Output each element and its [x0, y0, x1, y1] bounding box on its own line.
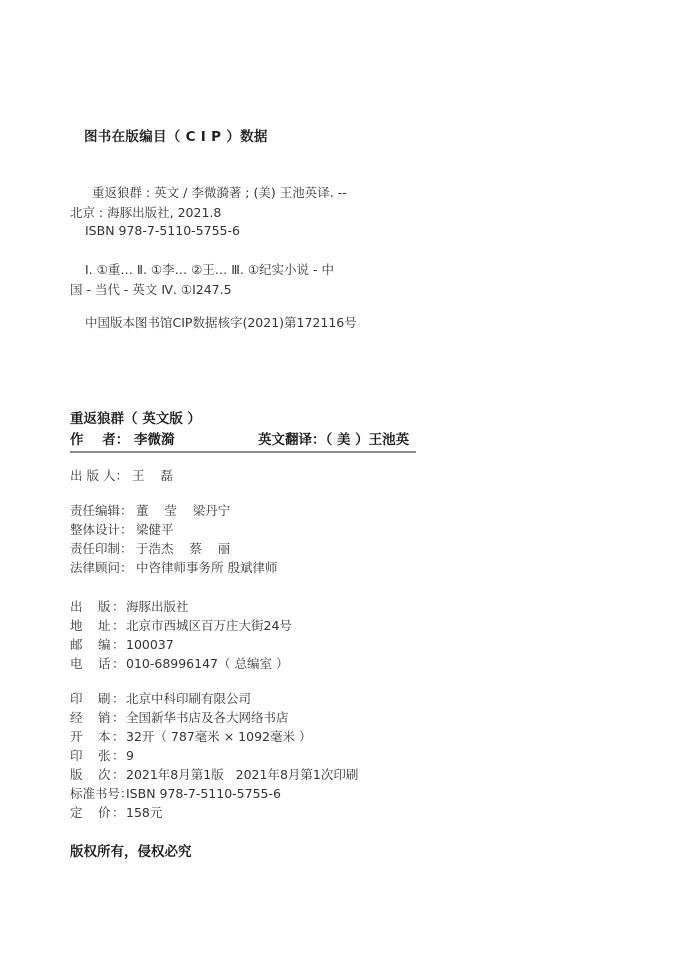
press-row: 地址：北京市西城区百万庄大街24号 [70, 616, 292, 634]
label-char: 价 [98, 803, 112, 821]
staff-value: 董 莹 梁丹宁 [136, 503, 230, 518]
cip-line: 国 - 当代 - 英文 Ⅳ. ①I247.5 [70, 280, 232, 298]
print-value: 全国新华书店及各大网络书店 [126, 710, 289, 725]
label-char: 次 [98, 765, 112, 783]
divider-rule [70, 451, 416, 453]
press-value: 010-68996147（ 总编室 ） [126, 656, 288, 671]
staff-label: 责任印制： [70, 539, 136, 557]
staff-row: 整体设计：梁健平 [70, 520, 174, 538]
colon: ： [112, 803, 126, 821]
label-char: 印 [70, 689, 98, 707]
colon: ： [112, 654, 126, 672]
cip-line: ISBN 978-7-5110-5755-6 [85, 223, 240, 238]
press-value: 100037 [126, 637, 174, 652]
label-char: 电 [70, 654, 98, 672]
label-char: 版 [98, 597, 112, 615]
author-row: 作 者： 李微漪 英文翻译：（ 美 ）王池英 [70, 428, 416, 448]
translator-label: 英文翻译： [258, 432, 326, 448]
press-row: 出版：海豚出版社 [70, 597, 189, 615]
press-row: 电话：010-68996147（ 总编室 ） [70, 654, 288, 672]
translator-name: （ 美 ）王池英 [326, 432, 410, 448]
book-title: 重返狼群（ 英文版 ） [70, 407, 201, 427]
label-char: 销 [98, 708, 112, 726]
label-char: 编 [98, 635, 112, 653]
cip-heading: 图书在版编目（ C I P ）数据 [84, 125, 268, 145]
label-char: 刷 [98, 689, 112, 707]
print-row: 印张：9 [70, 746, 134, 764]
author-name: 李微漪 [134, 432, 175, 448]
staff-row: 法律顾问：中咨律师事务所 殷斌律师 [70, 558, 277, 576]
label-char: 印 [70, 746, 98, 764]
publisher-value: 王 磊 [132, 468, 173, 483]
press-value: 北京市西城区百万庄大街24号 [126, 618, 292, 633]
label-char: 本 [98, 727, 112, 745]
label-char: 话 [98, 654, 112, 672]
isbn-value: ISBN 978-7-5110-5755-6 [126, 786, 281, 801]
print-row: 经销：全国新华书店及各大网络书店 [70, 708, 289, 726]
label-char: 出 [70, 597, 98, 615]
label-char: 邮 [70, 635, 98, 653]
publisher-label: 出 版 人： [70, 468, 128, 483]
print-value: 9 [126, 748, 134, 763]
isbn-row: 标准书号：ISBN 978-7-5110-5755-6 [70, 784, 281, 802]
press-row: 邮编：100037 [70, 635, 174, 653]
publisher-row: 出 版 人： 王 磊 [70, 466, 173, 484]
colon: ： [112, 727, 126, 745]
cip-line: 中国版本图书馆CIP数据核字(2021)第172116号 [85, 313, 357, 331]
colon: ： [112, 765, 126, 783]
cip-line: Ⅰ. ①重… Ⅱ. ①李… ②王… Ⅲ. ①纪实小说 - 中 [85, 260, 334, 278]
author-label: 作 者： [70, 432, 129, 448]
press-value: 海豚出版社 [126, 599, 189, 614]
translator: 英文翻译：（ 美 ）王池英 [258, 428, 409, 448]
colon: ： [112, 597, 126, 615]
print-row: 版次：2021年8月第1版 2021年8月第1次印刷 [70, 765, 358, 783]
colon: ： [112, 635, 126, 653]
isbn-label: 标准书号： [70, 784, 126, 802]
cip-line: 重返狼群 : 英文 / 李微漪著 ; (美) 王池英译. -- [92, 183, 347, 201]
staff-label: 法律顾问： [70, 558, 136, 576]
label-char: 张 [98, 746, 112, 764]
label-char: 经 [70, 708, 98, 726]
staff-label: 整体设计： [70, 520, 136, 538]
print-value: 北京中科印刷有限公司 [126, 691, 251, 706]
price-row: 定价：158元 [70, 803, 162, 821]
colon: ： [112, 708, 126, 726]
label-char: 地 [70, 616, 98, 634]
label-char: 版 [70, 765, 98, 783]
colon: ： [112, 689, 126, 707]
staff-row: 责任印制：于浩杰 蔡 丽 [70, 539, 230, 557]
staff-value: 于浩杰 蔡 丽 [136, 541, 230, 556]
staff-value: 中咨律师事务所 殷斌律师 [136, 560, 277, 575]
price-value: 158元 [126, 805, 162, 820]
label-char: 开 [70, 727, 98, 745]
print-value: 2021年8月第1版 2021年8月第1次印刷 [126, 767, 358, 782]
colon: ： [112, 746, 126, 764]
staff-row: 责任编辑：董 莹 梁丹宁 [70, 501, 230, 519]
staff-label: 责任编辑： [70, 501, 136, 519]
colon: ： [112, 616, 126, 634]
staff-value: 梁健平 [136, 522, 174, 537]
label-char: 址 [98, 616, 112, 634]
print-value: 32开（ 787毫米 × 1092毫米 ） [126, 729, 311, 744]
print-row: 印刷：北京中科印刷有限公司 [70, 689, 251, 707]
copyright-notice: 版权所有，侵权必究 [70, 840, 192, 860]
cip-line: 北京 : 海豚出版社, 2021.8 [70, 203, 221, 221]
label-char: 定 [70, 803, 98, 821]
print-row: 开本：32开（ 787毫米 × 1092毫米 ） [70, 727, 311, 745]
